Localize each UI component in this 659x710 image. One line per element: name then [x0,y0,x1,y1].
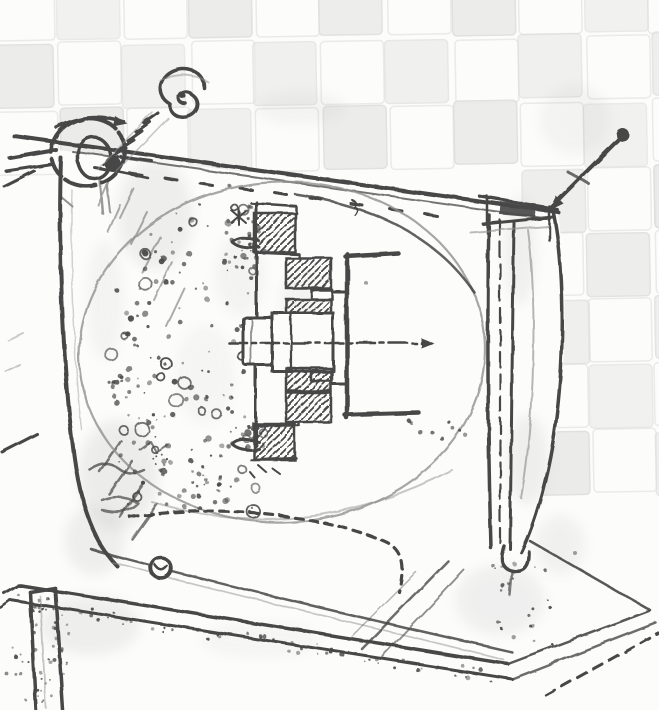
stipple-dot [136,384,139,387]
stipple-dot [235,266,238,269]
stipple-dot [112,381,116,385]
stipple-dot [137,345,139,347]
stipple-dot [204,286,209,291]
stipple-dot [535,567,537,569]
stipple-dot [500,565,503,568]
stipple-dot [132,440,136,444]
stipple-dot [191,449,193,451]
hub-block-lower-inner [286,368,331,391]
stipple-dot [241,250,243,252]
stipple-dot [179,272,181,274]
stipple-dot [151,413,154,416]
stipple-dot [120,375,124,379]
stipple-dot [66,624,69,627]
stipple-dot [206,637,209,640]
stipple-dot [171,281,176,286]
stipple-dot [216,489,218,491]
smudge-blob [535,515,585,575]
margin-marks-shape [418,430,423,435]
stipple-dot [247,217,250,220]
stipple-dot [508,583,511,586]
stipple-dot [168,460,172,464]
stipple-dot [114,287,118,291]
stipple-dot [241,369,246,374]
stipple-dot [21,661,23,663]
tile [188,0,252,38]
stipple-dot [149,232,152,235]
stipple-dot [465,675,470,680]
smudge-blob [455,565,545,635]
stipple-dot [287,650,290,653]
spiral-center-dot [180,93,186,99]
stipple-dot [28,662,30,664]
stipple-dot [133,337,138,342]
stipple-dot [251,507,253,509]
stipple-dot [51,695,54,698]
hub-bar-lower [286,393,331,422]
stipple-dot [549,606,552,609]
stipple-dot [196,471,201,476]
stipple-dot [4,671,8,675]
stipple-dot [121,380,124,383]
stipple-dot [138,418,140,420]
stipple-dot [151,425,155,429]
stipple-dot [38,696,39,697]
tile [454,100,518,164]
stipple-dot [460,663,464,667]
stipple-dot [151,627,155,631]
rod-dashes-shape [165,178,177,180]
stipple-dot [526,613,529,616]
stipple-dot [12,647,14,649]
stipple-dot [217,634,220,637]
stipple-dot [144,393,146,395]
stipple-dot [247,425,251,429]
stipple-dot [52,626,56,630]
stipple-dot [152,458,154,460]
stipple-dot [201,473,203,475]
stipple-dot [113,612,115,614]
stipple-dot [14,655,18,659]
stipple-dot [326,652,329,655]
stipple-dot [222,259,228,265]
stipple-dot [184,397,189,402]
stipple-dot [20,654,22,656]
stipple-dot [166,444,172,450]
stipple-dot [155,463,157,465]
stipple-dot [164,280,170,286]
rod-dashes-shape [425,214,437,216]
stipple-dot [155,455,157,457]
tile [452,0,516,36]
stipple-dot [193,394,199,400]
stipple-dot [124,311,129,316]
stipple-dot [262,634,267,639]
bracket-top-arm [345,253,398,256]
stipple-dot [454,674,456,676]
tile [56,0,120,40]
stipple-dot [39,671,42,674]
stipple-dot [47,658,49,660]
tile [121,44,185,108]
stipple-dot [421,668,423,670]
stipple-dot [501,584,506,589]
stipple-dot [317,653,319,655]
stipple-dot [217,476,221,480]
stipple-dot [210,324,214,328]
stipple-dot [154,251,157,254]
stipple-dot [137,378,139,380]
stipple-dot [223,394,225,396]
tile [318,0,382,35]
stipple-dot [68,632,72,636]
stipple-dot [202,370,204,372]
stipple-dot [134,344,137,347]
stipple-dot [146,325,149,328]
stipple-dot [162,459,167,464]
stipple-dot [181,488,186,493]
smudge-blob [87,240,123,360]
stipple-dot [65,661,67,663]
stipple-dot [490,681,492,683]
stipple-dot [46,597,50,601]
rod-dashes-shape [275,193,287,195]
stipple-dot [203,483,205,485]
stipple-dot [43,700,45,702]
stipple-dot [229,261,232,264]
stipple-dot [497,621,500,624]
stipple-dot [205,435,211,441]
illustration [0,0,659,710]
stipple-dot [225,231,229,235]
stipple-dot [153,279,158,284]
stipple-dot [250,250,252,252]
stipple-dot [440,437,444,441]
stipple-dot [245,446,247,448]
stipple-dot [248,187,252,191]
stipple-dot [229,395,233,399]
stipple-dot [158,492,162,496]
stipple-dot [62,673,64,675]
stipple-dot [234,256,237,259]
stipple-dot [197,506,201,510]
stipple-dot [226,406,230,410]
stipple-dot [213,500,217,504]
stipple-dot [51,644,54,647]
stipple-dot [500,622,502,624]
stipple-dot [171,413,176,418]
stipple-dot [159,469,163,473]
stipple-dot [161,473,164,476]
stipple-dot [500,590,503,593]
stipple-dot [45,609,47,611]
stipple-dot [25,699,28,702]
stipple-dot [142,266,147,271]
stipple-dot [125,396,128,399]
stipple-dot [17,594,20,597]
stipple-dot [175,212,177,214]
stipple-dot [178,227,183,232]
stipple-dot [512,578,515,581]
stipple-dot [478,667,483,672]
stipple-dot [118,460,120,462]
stipple-dot [178,307,180,309]
stipple-dot [142,310,149,317]
stipple-dot [163,362,166,365]
stipple-dot [195,288,197,290]
stipple-dot [548,600,550,602]
stipple-dot [225,302,229,306]
stipple-dot [40,690,42,692]
stipple-dot [91,608,94,611]
stipple-dot [494,567,496,569]
stipple-dot [125,365,132,372]
stipple-dot [191,494,196,499]
stipple-dot [512,635,516,639]
stipple-dot [182,262,186,266]
stipple-dot [220,444,225,449]
stipple-dot [237,240,240,243]
stipple-dot [182,504,187,509]
stipple-dot [147,380,152,385]
stipple-dot [216,482,221,487]
stipple-dot [202,282,204,284]
stipple-dot [205,297,210,302]
tile [655,294,659,358]
tile [652,31,659,95]
stipple-dot [125,377,130,382]
stipple-dot [127,389,131,393]
stipple-dot [452,427,456,431]
stipple-dot [208,371,211,374]
stipple-dot [532,639,535,642]
stipple-dot [226,444,231,449]
stipple-dot [171,628,174,631]
stipple-dot [243,257,246,260]
stipple-dot [243,415,246,418]
stipple-dot [196,485,199,488]
stipple-dot [163,626,165,628]
tile [584,0,648,32]
stipple-dot [142,250,148,256]
stipple-dot [227,220,231,224]
stipple-dot [145,440,150,445]
stipple-dot [448,421,452,425]
stipple-dot [164,416,166,418]
tile [0,44,54,108]
stipple-dot [61,614,62,615]
stipple-dot [513,562,517,566]
stipple-dot [235,327,240,332]
stipple-dot [229,430,231,432]
stipple-dot [191,481,194,484]
stipple-dot [369,659,371,661]
stipple-dot [166,334,171,339]
stipple-dot [228,184,232,188]
stipple-dot [157,356,161,360]
stipple-dot [182,362,185,365]
stipple-dot [393,666,396,669]
stipple-dot [247,292,250,295]
stipple-dot [544,569,547,572]
stipple-dot [430,431,434,435]
stipple-dot [206,396,209,399]
rod-dashes-shape [95,168,107,170]
smudge-blob [540,85,610,155]
stipple-dot [127,503,129,505]
stipple-dot [122,623,124,625]
stipple-dot [230,486,232,488]
stipple-dot [114,400,120,406]
stipple-dot [224,253,228,257]
tile [589,364,653,428]
hub-bolt-head [243,317,272,365]
stipple-dot [112,394,117,399]
hub-bar-upper [286,258,331,288]
stipple-dot [203,477,206,480]
stipple-dot [178,494,183,499]
tile [384,40,448,104]
illustration-stage [0,0,659,710]
stipple-dot [166,459,168,461]
stipple-dot [407,418,411,422]
stipple-dot [48,660,52,664]
stipple-dot [464,434,468,438]
tile [586,233,650,297]
stipple-dot [234,478,240,484]
margin-marks-shape [573,551,577,555]
stipple-dot [234,426,236,428]
stipple-dot [127,413,129,415]
stipple-dot [197,494,202,499]
tile [654,164,659,228]
stipple-dot [108,617,110,619]
stipple-dot [132,469,137,474]
stipple-dot [529,625,532,628]
rod-dashes-shape [200,183,212,185]
stipple-dot [141,481,145,485]
stipple-dot [186,250,192,256]
stipple-dot [159,259,165,265]
stipple-dot [108,381,111,384]
stipple-dot [19,672,23,676]
lever-knob [617,129,630,142]
stipple-dot [316,643,318,645]
smudge-blob [117,160,193,270]
stipple-dot [500,627,503,630]
stipple-dot [136,314,139,317]
stipple-dot [111,385,116,390]
stipple-dot [149,356,151,358]
stipple-dot [170,241,172,243]
stipple-dot [258,634,262,638]
stipple-dot [49,679,51,681]
stipple-dot [365,661,366,662]
stipple-dot [128,315,134,321]
stipple-dot [210,455,212,457]
stipple-dot [178,320,183,325]
stipple-dot [96,618,100,622]
stipple-dot [172,379,178,385]
stipple-dot [40,677,42,679]
stipple-dot [219,455,222,458]
stipple-dot [155,419,157,421]
stipple-dot [459,430,462,433]
stipple-dot [14,672,17,675]
stipple-dot [222,498,228,504]
stipple-dot [207,225,209,227]
smudge-blob [255,92,345,124]
stipple-dot [229,383,233,387]
stipple-dot [241,266,245,270]
stipple-dot [204,480,208,484]
stipple-dot [52,657,56,661]
stipple-dot [154,436,156,438]
stipple-dot [147,301,151,305]
stipple-dot [416,669,420,673]
stipple-dot [66,663,68,665]
stipple-dot [191,470,194,473]
stipple-dot [119,453,123,457]
stipple-dot [531,607,534,610]
stipple-dot [378,662,379,663]
stipple-dot [472,667,475,670]
stipple-dot [227,270,228,271]
stipple-dot [201,465,204,468]
stipple-dot [189,459,194,464]
stipple-dot [491,563,495,567]
hub-key-top [311,290,332,299]
stipple-dot [230,410,234,414]
stipple-dot [165,503,169,507]
stipple-dot [208,351,210,353]
stipple-dot [246,632,249,635]
bracket-bottom-arm [345,413,419,415]
stipple-dot [161,630,163,632]
stipple-dot [249,275,253,279]
stipple-dot [170,250,174,254]
stipple-dot [134,300,139,305]
stipple-dot [161,454,163,456]
stipple-dot [295,650,299,654]
margin-marks-shape [364,281,368,285]
stipple-dot [248,243,252,247]
stipple-dot [246,257,249,260]
stipple-dot [198,203,200,205]
stipple-dot [34,623,37,626]
tile [655,432,659,496]
